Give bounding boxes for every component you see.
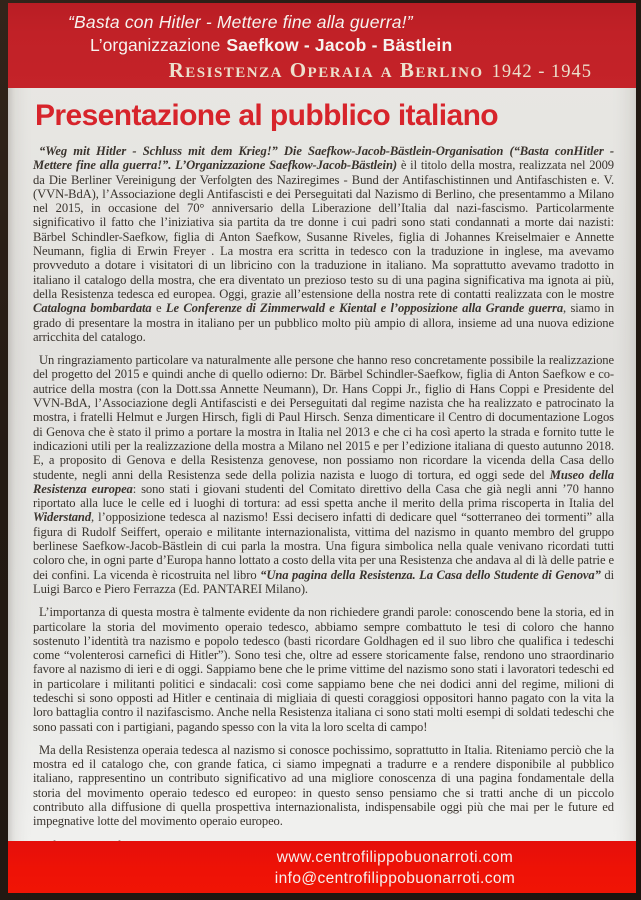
footer-email: info@centrofilippobuonarroti.com xyxy=(154,868,636,889)
red-footer: www.centrofilippobuonarroti.com info@cen… xyxy=(8,841,636,893)
page-title: Presentazione al pubblico italiano xyxy=(35,99,614,133)
page-content: Presentazione al pubblico italiano “Weg … xyxy=(8,88,636,841)
banner-years: 1942 - 1945 xyxy=(492,62,592,82)
paragraph: L’importanza di questa mostra è talmente… xyxy=(33,605,614,734)
masthead-quote: “Basta con Hitler - Mettere fine alla gu… xyxy=(68,12,636,33)
paragraph: Ma della Resistenza operaia tedesca al n… xyxy=(33,743,614,829)
masthead-organization-line: L’organizzazioneSaefkow - Jacob - Bästle… xyxy=(90,35,636,56)
body-paragraphs: “Weg mit Hitler - Schluss mit dem Krieg!… xyxy=(33,144,614,829)
flyer-page: “Basta con Hitler - Mettere fine alla gu… xyxy=(8,3,636,893)
organization-prefix: L’organizzazione xyxy=(90,35,220,55)
paragraph: Un ringraziamento particolare va natural… xyxy=(33,353,614,596)
red-masthead: “Basta con Hitler - Mettere fine alla gu… xyxy=(8,3,636,88)
organization-names: Saefkow - Jacob - Bästlein xyxy=(226,35,452,55)
flyer-photo: “Basta con Hitler - Mettere fine alla gu… xyxy=(0,0,641,900)
footer-website: www.centrofilippobuonarroti.com xyxy=(154,847,636,868)
masthead-banner-line: Resistenza Operaia a Berlino1942 - 1945 xyxy=(8,58,592,83)
banner-title: Resistenza Operaia a Berlino xyxy=(169,58,484,82)
paragraph: “Weg mit Hitler - Schluss mit dem Krieg!… xyxy=(33,144,614,344)
